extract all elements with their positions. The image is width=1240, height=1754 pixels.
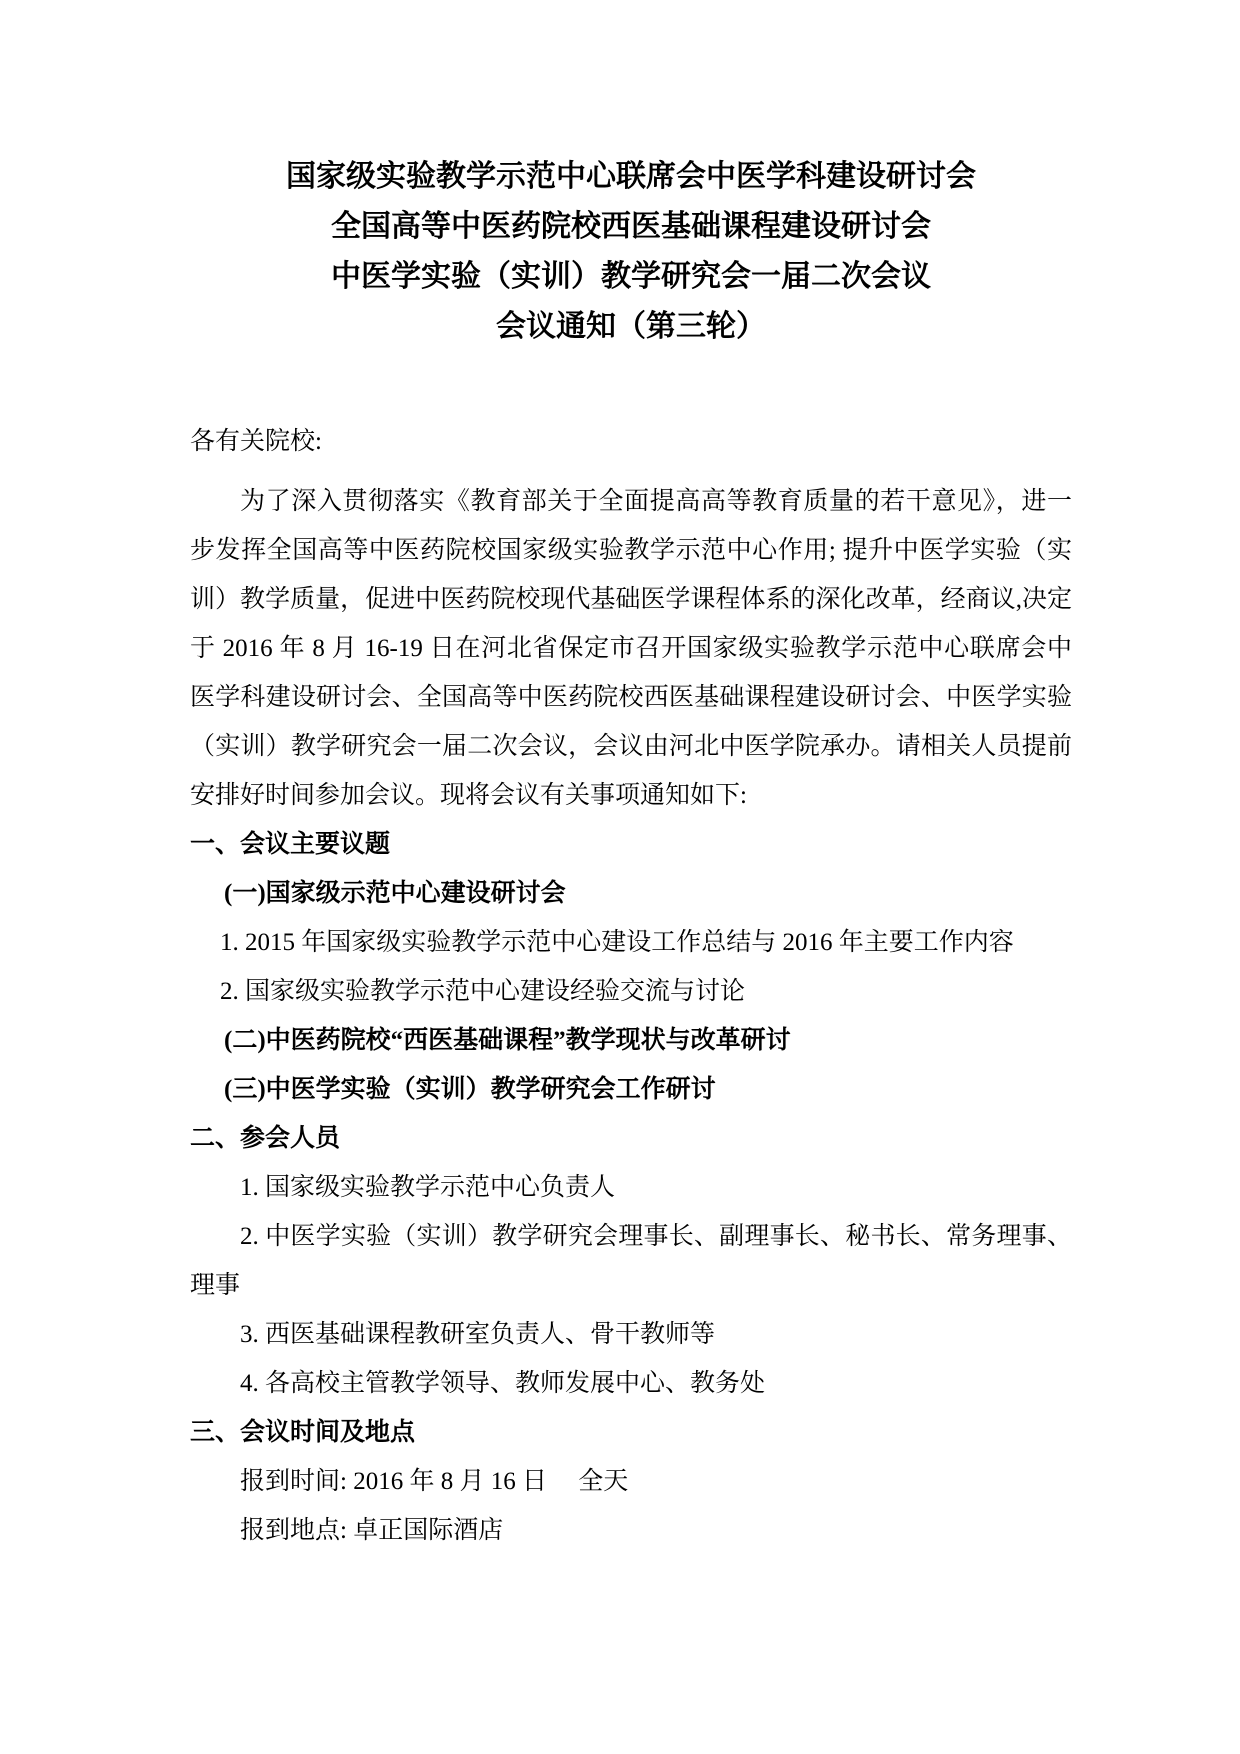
section-3-heading: 三、会议时间及地点 bbox=[190, 1408, 1072, 1457]
section-1-subheading-1: (一)国家级示范中心建设研讨会 bbox=[224, 869, 1072, 918]
section-1-item-1: 1. 2015 年国家级实验教学示范中心建设工作总结与 2016 年主要工作内容 bbox=[220, 918, 1072, 967]
document-title-line-4: 会议通知（第三轮） bbox=[190, 302, 1072, 352]
salutation: 各有关院校: bbox=[190, 417, 1072, 466]
section-2-item-2: 2. 中医学实验（实训）教学研究会理事长、副理事长、秘书长、常务理事、理事 bbox=[190, 1212, 1072, 1310]
section-1-subheading-2: (二)中医药院校“西医基础课程”教学现状与改革研讨 bbox=[224, 1016, 1072, 1065]
section-1-item-2: 2. 国家级实验教学示范中心建设经验交流与讨论 bbox=[220, 967, 1072, 1016]
document-title-line-3: 中医学实验（实训）教学研究会一届二次会议 bbox=[190, 252, 1072, 302]
document-title-line-2: 全国高等中医药院校西医基础课程建设研讨会 bbox=[190, 202, 1072, 252]
section-2-item-3: 3. 西医基础课程教研室负责人、骨干教师等 bbox=[190, 1310, 1072, 1359]
section-1-heading: 一、会议主要议题 bbox=[190, 820, 1072, 869]
intro-paragraph: 为了深入贯彻落实《教育部关于全面提高高等教育质量的若干意见》，进一步发挥全国高等… bbox=[190, 477, 1072, 820]
registration-time: 报到时间: 2016 年 8 月 16 日 全天 bbox=[190, 1457, 1072, 1506]
section-2-item-1: 1. 国家级实验教学示范中心负责人 bbox=[190, 1163, 1072, 1212]
registration-location: 报到地点: 卓正国际酒店 bbox=[190, 1506, 1072, 1555]
section-2-item-4: 4. 各高校主管教学领导、教师发展中心、教务处 bbox=[190, 1359, 1072, 1408]
meeting-notice-document: 国家级实验教学示范中心联席会中医学科建设研讨会 全国高等中医药院校西医基础课程建… bbox=[0, 0, 1240, 1754]
document-title-block: 国家级实验教学示范中心联席会中医学科建设研讨会 全国高等中医药院校西医基础课程建… bbox=[190, 152, 1072, 352]
section-1-subheading-3: (三)中医学实验（实训）教学研究会工作研讨 bbox=[224, 1065, 1072, 1114]
document-title-line-1: 国家级实验教学示范中心联席会中医学科建设研讨会 bbox=[190, 152, 1072, 202]
section-2-heading: 二、参会人员 bbox=[190, 1114, 1072, 1163]
